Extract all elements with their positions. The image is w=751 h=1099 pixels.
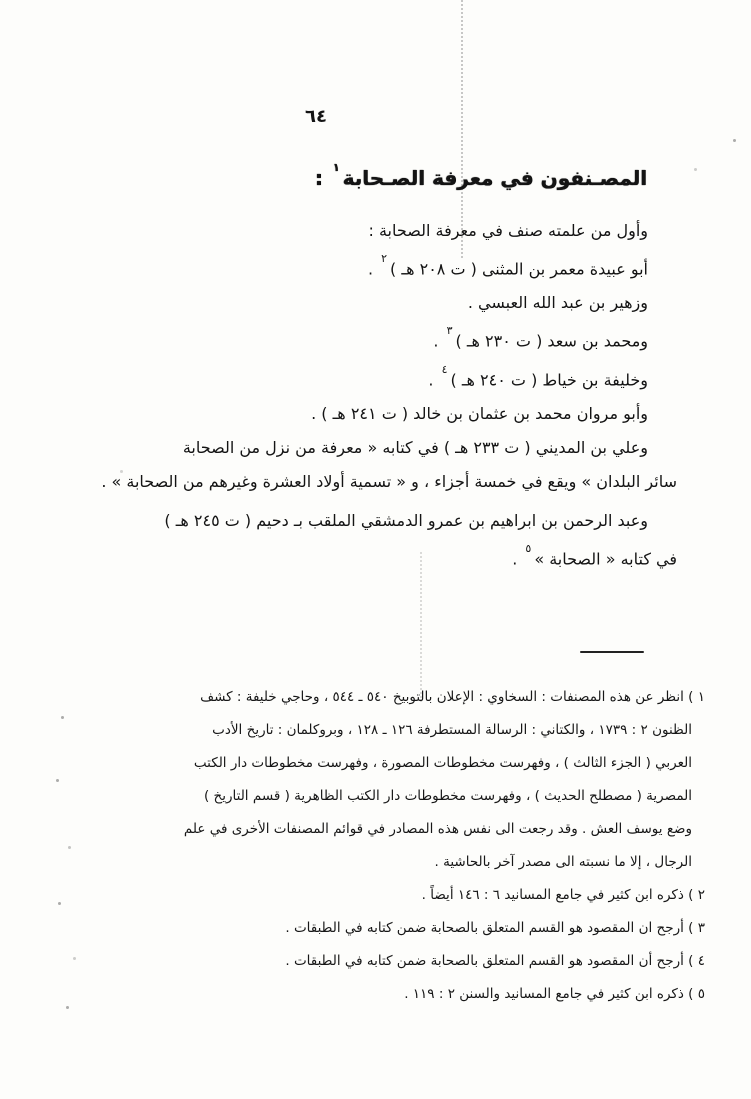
footnote-line: ٤ ) أرجح أن المقصود هو القسم المتعلق بال… — [30, 945, 705, 978]
text-line: وزهير بن عبد الله العبسي . — [24, 286, 677, 320]
footnote-separator — [580, 651, 644, 653]
footnote-ref: ٢ — [381, 252, 387, 265]
footnote-ref: ٤ — [442, 363, 448, 376]
text-line: ومحمد بن سعد ( ت ٢٣٠ هـ )٣ . — [24, 320, 677, 358]
footnote-ref: ٣ — [447, 324, 453, 337]
heading-text: المصـنفون في معرفة الصـحابة — [342, 166, 647, 190]
scan-speck — [61, 716, 64, 719]
footnote-line: الظنون ٢ : ١٧٣٩ ، والكتاني : الرسالة الم… — [30, 714, 705, 747]
scanned-book-page: ٦٤ المصـنفون في معرفة الصـحابة١ : وأول م… — [0, 0, 751, 1099]
page-number: ٦٤ — [305, 106, 327, 127]
footnotes-block: ١ ) انظر عن هذه المصنفات : السخاوي : الإ… — [30, 681, 705, 1011]
text-line: وعلي بن المديني ( ت ٢٣٣ هـ ) في كتابه « … — [24, 431, 677, 465]
footnote-line: العربي ( الجزء الثالث ) ، وفهرست مخطوطات… — [30, 747, 705, 780]
scan-speck — [58, 902, 61, 905]
scan-speck — [66, 1006, 69, 1009]
footnote-ref: ٥ — [525, 542, 531, 555]
line-text: أبو عبيدة معمر بن المثنى ( ت ٢٠٨ هـ ) — [390, 259, 648, 278]
line-tail: . — [368, 259, 378, 278]
text-line: وأول من علمته صنف في معرفة الصحابة : — [24, 214, 677, 248]
scan-speck — [73, 957, 76, 960]
line-text: سائر البلدان » ويقع في خمسة أجزاء ، و « … — [101, 472, 677, 491]
line-text: وزهير بن عبد الله العبسي . — [468, 293, 648, 312]
heading-colon: : — [315, 166, 330, 190]
line-text: وعبد الرحمن بن ابراهيم بن عمرو الدمشقي ا… — [164, 511, 648, 530]
heading-footnote-ref: ١ — [333, 161, 340, 174]
line-text: وعلي بن المديني ( ت ٢٣٣ هـ ) في كتابه « … — [183, 438, 648, 457]
footnote-line: ٢ ) ذكره ابن كثير في جامع المسانيد ٦ : ١… — [30, 879, 705, 912]
section-heading: المصـنفون في معرفة الصـحابة١ : — [315, 166, 647, 190]
line-tail: . — [433, 332, 443, 351]
line-text: وخليفة بن خياط ( ت ٢٤٠ هـ ) — [451, 370, 649, 389]
line-text: في كتابه « الصحابة » — [534, 549, 677, 568]
scan-speck — [694, 168, 697, 171]
scan-speck — [68, 846, 71, 849]
footnote-line: وضع يوسف العش . وقد رجعت الى نفس هذه الم… — [30, 813, 705, 846]
footnote-line: ٥ ) ذكره ابن كثير في جامع المسانيد والسن… — [30, 978, 705, 1011]
text-line: وخليفة بن خياط ( ت ٢٤٠ هـ )٤ . — [24, 359, 677, 397]
footnote-line: الرجال ، إلا ما نسبته الى مصدر آخر بالحا… — [30, 846, 705, 879]
line-text: ومحمد بن سعد ( ت ٢٣٠ هـ ) — [456, 332, 649, 351]
footnote-line: ٣ ) أرجح ان المقصود هو القسم المتعلق بال… — [30, 912, 705, 945]
scan-speck — [733, 139, 736, 142]
line-tail: . — [512, 549, 522, 568]
footnote-line: المصرية ( مصطلح الحديث ) ، وفهرست مخطوطا… — [30, 780, 705, 813]
text-line: أبو عبيدة معمر بن المثنى ( ت ٢٠٨ هـ )٢ . — [24, 248, 677, 286]
scan-speck — [120, 470, 123, 473]
text-line: وعبد الرحمن بن ابراهيم بن عمرو الدمشقي ا… — [24, 504, 677, 538]
text-line: في كتابه « الصحابة »٥ . — [24, 538, 677, 576]
line-text: وأبو مروان محمد بن عثمان بن خالد ( ت ٢٤١… — [311, 404, 648, 423]
text-line: وأبو مروان محمد بن عثمان بن خالد ( ت ٢٤١… — [24, 397, 677, 431]
main-text-block: وأول من علمته صنف في معرفة الصحابة :أبو … — [24, 214, 677, 576]
scan-speck — [56, 779, 59, 782]
line-tail: . — [428, 370, 438, 389]
line-text: وأول من علمته صنف في معرفة الصحابة : — [369, 221, 649, 240]
footnote-line: ١ ) انظر عن هذه المصنفات : السخاوي : الإ… — [30, 681, 705, 714]
